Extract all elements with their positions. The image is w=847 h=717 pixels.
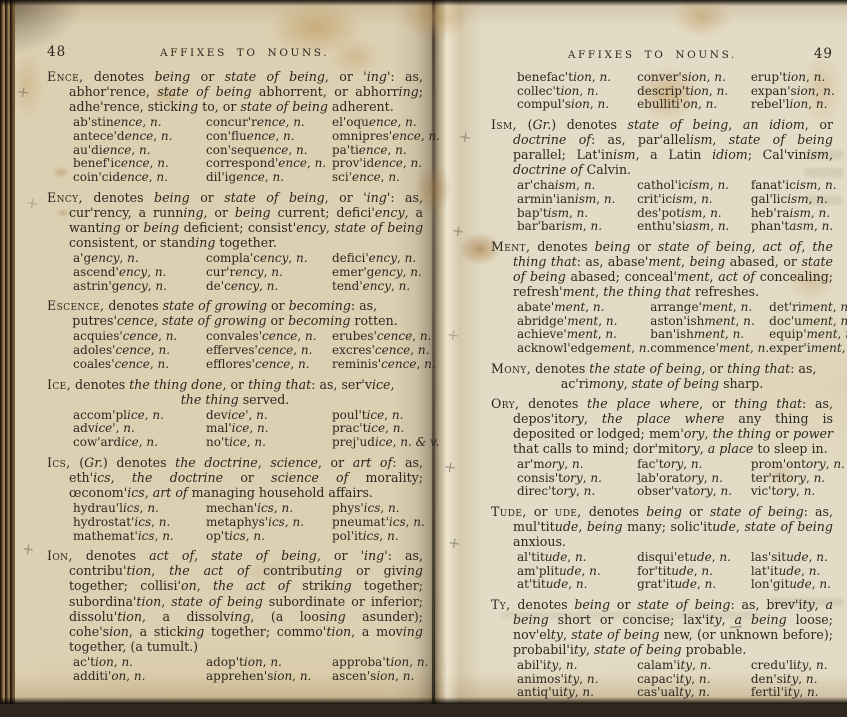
word-entry: abridge'ment, n. (517, 315, 650, 329)
word-entry: el'oquence, n. (332, 116, 440, 130)
left-page-number: 48 (47, 44, 66, 60)
word-entry: benef'icence, n. (73, 157, 206, 171)
word-entry: cow'ardice, n. (73, 436, 206, 450)
word-entry: at'titude, n. (517, 578, 637, 592)
word-entry: ab'stinence, n. (73, 116, 206, 130)
word-entry: prej'udice, n. & v. (332, 436, 439, 450)
word-column: credu'lity, n.den'sity, n.fertil'ity, n. (751, 659, 833, 700)
word-entry: ar'chaism, n. (517, 179, 637, 193)
suffix-head: Ism, (491, 117, 517, 132)
word-entry: disqui'etude, n. (637, 551, 751, 565)
word-entry: det'riment, n. (769, 301, 847, 315)
word-column: al'titude, n.am'plitude, n.at'titude, n. (517, 551, 637, 592)
word-entry: efferves'cence, n. (206, 344, 332, 358)
word-entry: ter'ritory, n. (751, 472, 845, 486)
word-entry: cathol'icism, n. (637, 179, 751, 193)
word-column: adop'tion, n.apprehen'sion, n. (206, 656, 332, 683)
word-entry: cur'rency, n. (206, 266, 332, 280)
word-entry: obser'vatory, n. (637, 485, 751, 499)
word-column: fac'tory, n.lab'oratory, n.obser'vatory,… (637, 458, 751, 499)
word-entry: am'plitude, n. (517, 565, 637, 579)
word-entry: prov'idence, n. (332, 157, 440, 171)
suffix-head: Ency, (47, 190, 83, 205)
section-ism: Ism, (Gr.) denotes state of being, an id… (491, 117, 833, 234)
word-entry: erup'tion, n. (751, 71, 835, 85)
word-entry: phan'tasm, n. (751, 220, 837, 234)
word-entry: prom'ontory, n. (751, 458, 845, 472)
word-column: el'oquence, n.omnipres'ence, n.pa'tience… (332, 116, 440, 185)
word-entry: pneumat'ics, n. (332, 516, 425, 530)
word-entry: excres'cence, n. (332, 344, 436, 358)
word-entry: conver'sion, n. (637, 71, 751, 85)
definition: Ory, denotes the place where, or thing t… (491, 396, 833, 456)
definition-text: denotes being or state of being, act of,… (513, 239, 833, 299)
pencil-plus-mark: + (25, 193, 40, 213)
word-column: concur'rence, n.con'fluence, n.con'seque… (206, 116, 332, 185)
page-edge-stack (0, 0, 15, 704)
definition: Ty, denotes being or state of being: as,… (491, 597, 833, 657)
left-running-head: 48 AFFIXES TO NOUNS. (47, 44, 423, 60)
word-entry: reminis'cence, n. (332, 358, 436, 372)
running-head-title: AFFIXES TO NOUNS. (491, 49, 814, 61)
word-entry: doc'ument, n. (769, 315, 847, 329)
word-column: conver'sion, n.descrip'tion, n.ebulliti'… (637, 71, 751, 112)
suffix-head: Tude, (491, 504, 527, 519)
word-list-ion-continued: benefac'tion, n.collec'tion, n.compul'si… (491, 71, 833, 112)
section-escence: Escence, denotes state of growing or bec… (47, 298, 423, 371)
section-mony: Mony, denotes the state of being, or thi… (491, 361, 833, 391)
word-entry: no'tice, n. (206, 436, 332, 450)
word-entry: phys'ics, n. (332, 502, 425, 516)
section-ice: Ice, denotes the thing done, or thing th… (47, 377, 423, 450)
word-entry: credu'lity, n. (751, 659, 833, 673)
definition-text: (Gr.) denotes state of being, an idiom, … (513, 117, 833, 177)
suffix-head: Escence, (47, 298, 104, 313)
word-column: accom'plice, n.advice', n.cow'ardice, n. (73, 409, 206, 450)
right-page: AFFIXES TO NOUNS. 49 benefac'tion, n.col… (491, 46, 833, 704)
word-entry: adoles'cence, n. (73, 344, 206, 358)
word-entry: apprehen'sion, n. (206, 670, 332, 684)
definition-text: denotes state of growing or becoming: as… (104, 298, 377, 313)
word-list: acquies'cence, n.adoles'cence, n.coales'… (47, 330, 423, 371)
word-entry: approba'tion, n. (332, 656, 428, 670)
word-entry: mechan'ics, n. (206, 502, 332, 516)
word-entry: mathemat'ics, n. (73, 530, 206, 544)
word-column: ar'mory, n.consis'tory, n.direc'tory, n. (517, 458, 637, 499)
word-column: cathol'icism, n.crit'icism, n.des'potism… (637, 179, 751, 234)
word-entry: arrange'ment, n. (650, 301, 769, 315)
word-entry: ascen'sion, n. (332, 670, 428, 684)
word-entry: crit'icism, n. (637, 193, 751, 207)
word-entry: prac'tice, n. (332, 422, 439, 436)
section-ment: Ment, denotes being or state of being, a… (491, 239, 833, 356)
suffix-head-connector: or (527, 504, 555, 519)
word-entry: ar'mory, n. (517, 458, 637, 472)
word-column: arrange'ment, n.aston'ishment, n.ban'ish… (650, 301, 769, 356)
word-entry: descrip'tion, n. (637, 85, 751, 99)
word-column: approba'tion, n.ascen'sion, n. (332, 656, 428, 683)
word-entry: efflores'cence, n. (206, 358, 332, 372)
word-entry: lab'oratory, n. (637, 472, 751, 486)
word-entry: ac'tion, n. (73, 656, 206, 670)
word-column: ab'stinence, n.antece'dence, n.au'dience… (73, 116, 206, 185)
pencil-plus-mark: + (458, 127, 473, 147)
word-column: defici'ency, n.emer'gency, n.tend'ency, … (332, 252, 423, 293)
word-entry: de'cency, n. (206, 280, 332, 294)
word-column: ar'chaism, n.armin'ianism, n.bap'tism, n… (517, 179, 637, 234)
suffix-head: Ence, (47, 69, 84, 84)
definition-centered-line: the thing served. (47, 392, 423, 407)
word-entry: metaphys'ics, n. (206, 516, 332, 530)
word-entry: armin'ianism, n. (517, 193, 637, 207)
word-column: det'riment, n.doc'ument, n.equip'ment, n… (769, 301, 847, 356)
word-entry: con'fluence, n. (206, 130, 332, 144)
word-entry: pa'tience, n. (332, 144, 440, 158)
definition-text: denotes being or state of being, or 'ing… (69, 190, 423, 250)
word-entry: gal'licism, n. (751, 193, 837, 207)
word-entry: exper'iment, n. (769, 342, 847, 356)
pencil-plus-mark: + (21, 539, 36, 559)
word-list: hydrau'lics, n.hydrostat'ics, n.mathemat… (47, 502, 423, 543)
word-entry: consis'tory, n. (517, 472, 637, 486)
word-column: disqui'etude, n.for'titude, n.grat'itude… (637, 551, 751, 592)
definition: Mony, denotes the state of being, or thi… (491, 361, 833, 376)
right-running-head: AFFIXES TO NOUNS. 49 (491, 46, 833, 62)
pencil-plus-mark: + (447, 533, 462, 553)
word-entry: op'tics, n. (206, 530, 332, 544)
word-entry: au'dience, n. (73, 144, 206, 158)
word-entry: pol'itics, n. (332, 530, 425, 544)
word-column: abil'ity, n.animos'ity, n.antiq'uity, n. (517, 659, 637, 700)
word-entry: ban'ishment, n. (650, 328, 769, 342)
suffix-head: Ment, (491, 239, 530, 254)
word-list: accom'plice, n.advice', n.cow'ardice, n.… (47, 409, 423, 450)
word-entry: acquies'cence, n. (73, 330, 206, 344)
word-column: device', n.mal'ice, n.no'tice, n. (206, 409, 332, 450)
word-entry: poul'tice, n. (332, 409, 439, 423)
word-entry: lon'gitude, n. (751, 578, 833, 592)
word-entry: additi'on, n. (73, 670, 206, 684)
word-column: abate'ment, n.abridge'ment, n.achieve'me… (517, 301, 650, 356)
definition-text: denotes being or state of being, or 'ing… (69, 69, 423, 114)
definition-centered-line: ac'rimony, state of being sharp. (491, 376, 833, 391)
word-entry: direc'tory, n. (517, 485, 637, 499)
word-column: poul'tice, n.prac'tice, n.prej'udice, n.… (332, 409, 439, 450)
word-column: benefac'tion, n.collec'tion, n.compul'si… (517, 71, 637, 112)
section-ence: Ence, denotes being or state of being, o… (47, 69, 423, 185)
word-entry: acknowl'edgement, n. (517, 342, 650, 356)
word-column: hydrau'lics, n.hydrostat'ics, n.mathemat… (73, 502, 206, 543)
pencil-plus-mark: + (443, 457, 458, 477)
section-ory: Ory, denotes the place where, or thing t… (491, 396, 833, 499)
suffix-head: Ty, (491, 597, 511, 612)
word-entry: enthu'siasm, n. (637, 220, 751, 234)
definition: Ics, (Gr.) denotes the doctrine, science… (47, 455, 423, 500)
suffix-head: Mony, (491, 361, 531, 376)
book-spread: 48 AFFIXES TO NOUNS. Ence, denotes being… (0, 0, 847, 704)
word-entry: bap'tism, n. (517, 207, 637, 221)
word-column: convales'cence, n.efferves'cence, n.effl… (206, 330, 332, 371)
word-entry: aston'ishment, n. (650, 315, 769, 329)
word-entry: den'sity, n. (751, 673, 833, 687)
definition-centered-line: putres'cence, state of growing or becomi… (47, 313, 423, 328)
word-entry: bar'barism, n. (517, 220, 637, 234)
suffix-head: Ion, (47, 548, 73, 563)
word-column: prom'ontory, n.ter'ritory, n.vic'tory, n… (751, 458, 845, 499)
word-entry: calam'ity, n. (637, 659, 751, 673)
suffix-head: Ics, (47, 455, 71, 470)
word-column: phys'ics, n.pneumat'ics, n.pol'itics, n. (332, 502, 425, 543)
word-column: acquies'cence, n.adoles'cence, n.coales'… (73, 330, 206, 371)
word-entry: equip'ment, n. (769, 328, 847, 342)
word-entry: collec'tion, n. (517, 85, 637, 99)
stain (10, 50, 44, 120)
section-ion: Ion, denotes act of, state of being, or … (47, 548, 423, 683)
word-entry: vic'tory, n. (751, 485, 845, 499)
word-entry: omnipres'ence, n. (332, 130, 440, 144)
word-entry: advice', n. (73, 422, 206, 436)
word-list: ar'mory, n.consis'tory, n.direc'tory, n.… (491, 458, 833, 499)
word-entry: defici'ency, n. (332, 252, 423, 266)
word-column: mechan'ics, n.metaphys'ics, n.op'tics, n… (206, 502, 332, 543)
page-edge-bottom (0, 697, 847, 704)
word-entry: sci'ence, n. (332, 171, 440, 185)
right-page-number: 49 (814, 46, 833, 62)
definition: Ion, denotes act of, state of being, or … (47, 548, 423, 654)
word-entry: ebulliti'on, n. (637, 98, 751, 112)
word-entry: fac'tory, n. (637, 458, 751, 472)
word-entry: erubes'cence, n. (332, 330, 436, 344)
pencil-plus-mark: + (451, 221, 466, 241)
word-list: abate'ment, n.abridge'ment, n.achieve'me… (491, 301, 833, 356)
definition: Escence, denotes state of growing or bec… (47, 298, 423, 313)
word-entry: fanat'icism, n. (751, 179, 837, 193)
word-column: compla'cency, n.cur'rency, n.de'cency, n… (206, 252, 332, 293)
stain (398, 0, 470, 40)
word-entry: convales'cence, n. (206, 330, 332, 344)
word-list: ar'chaism, n.armin'ianism, n.bap'tism, n… (491, 179, 833, 234)
pencil-plus-mark: + (16, 82, 31, 102)
definition-text: denotes the state of being, or thing tha… (531, 361, 816, 376)
word-entry: correspond'ence, n. (206, 157, 332, 171)
word-entry: accom'plice, n. (73, 409, 206, 423)
word-entry: mal'ice, n. (206, 422, 332, 436)
section-ency: Ency, denotes being or state of being, o… (47, 190, 423, 293)
word-list: a'gency, n.ascend'ency, n.astrin'gency, … (47, 252, 423, 293)
word-column: erup'tion, n.expan'sion, n.rebel'lion, n… (751, 71, 835, 112)
word-entry: coales'cence, n. (73, 358, 206, 372)
word-entry: adop'tion, n. (206, 656, 332, 670)
word-entry: tend'ency, n. (332, 280, 423, 294)
definition: Ice, denotes the thing done, or thing th… (47, 377, 423, 392)
word-entry: lat'itude, n. (751, 565, 833, 579)
definition-text: denotes act of, state of being, or 'ing'… (69, 548, 423, 654)
word-entry: capac'ity, n. (637, 673, 751, 687)
word-entry: commence'ment, n. (650, 342, 769, 356)
word-column: calam'ity, n.capac'ity, n.cas'ualty, n. (637, 659, 751, 700)
word-entry: las'situde, n. (751, 551, 833, 565)
word-list: al'titude, n.am'plitude, n.at'titude, n.… (491, 551, 833, 592)
section-tude: Tude, or ude, denotes being or state of … (491, 504, 833, 592)
word-entry: animos'ity, n. (517, 673, 637, 687)
running-head-title: AFFIXES TO NOUNS. (66, 47, 423, 59)
definition: Ment, denotes being or state of being, a… (491, 239, 833, 299)
word-entry: expan'sion, n. (751, 85, 835, 99)
word-entry: compla'cency, n. (206, 252, 332, 266)
word-entry: hydrau'lics, n. (73, 502, 206, 516)
word-entry: des'potism, n. (637, 207, 751, 221)
definition-text: (Gr.) denotes the doctrine, science, or … (69, 455, 423, 500)
word-column: ac'tion, n.additi'on, n. (73, 656, 206, 683)
word-list: ac'tion, n.additi'on, n.adop'tion, n.app… (47, 656, 423, 683)
word-entry: grat'itude, n. (637, 578, 751, 592)
suffix-head-alt: ude, (555, 504, 582, 519)
word-list: ab'stinence, n.antece'dence, n.au'dience… (47, 116, 423, 185)
section-ty: Ty, denotes being or state of being: as,… (491, 597, 833, 700)
word-entry: abil'ity, n. (517, 659, 637, 673)
word-entry: hydrostat'ics, n. (73, 516, 206, 530)
word-entry: dil'igence, n. (206, 171, 332, 185)
word-entry: emer'gency, n. (332, 266, 423, 280)
word-entry: astrin'gency, n. (73, 280, 206, 294)
word-entry: abate'ment, n. (517, 301, 650, 315)
suffix-head: Ory, (491, 396, 519, 411)
word-entry: rebel'lion, n. (751, 98, 835, 112)
word-entry: al'titude, n. (517, 551, 637, 565)
word-column: fanat'icism, n.gal'licism, n.heb'raism, … (751, 179, 837, 234)
word-entry: device', n. (206, 409, 332, 423)
definition-text: denotes the place where, or thing that: … (513, 396, 833, 456)
word-entry: coin'cidence, n. (73, 171, 206, 185)
section-ics: Ics, (Gr.) denotes the doctrine, science… (47, 455, 423, 543)
word-column: erubes'cence, n.excres'cence, n.reminis'… (332, 330, 436, 371)
pencil-plus-mark: + (446, 325, 461, 345)
page-edge-top (0, 0, 847, 6)
word-entry: for'titude, n. (637, 565, 751, 579)
word-entry: ascend'ency, n. (73, 266, 206, 280)
definition: Ency, denotes being or state of being, o… (47, 190, 423, 250)
word-column: a'gency, n.ascend'ency, n.astrin'gency, … (73, 252, 206, 293)
word-entry: achieve'ment, n. (517, 328, 650, 342)
suffix-head: Ice, (47, 377, 71, 392)
word-entry: heb'raism, n. (751, 207, 837, 221)
word-entry: concur'rence, n. (206, 116, 332, 130)
definition: Ism, (Gr.) denotes state of being, an id… (491, 117, 833, 177)
definition-text: denotes being or state of being: as, bre… (511, 597, 833, 657)
definition: Tude, or ude, denotes being or state of … (491, 504, 833, 549)
definition-text: denotes the thing done, or thing that: a… (71, 377, 394, 392)
word-entry: con'sequence, n. (206, 144, 332, 158)
definition: Ence, denotes being or state of being, o… (47, 69, 423, 114)
word-entry: antece'dence, n. (73, 130, 206, 144)
word-column: las'situde, n.lat'itude, n.lon'gitude, n… (751, 551, 833, 592)
word-entry: a'gency, n. (73, 252, 206, 266)
word-entry: benefac'tion, n. (517, 71, 637, 85)
word-entry: compul'sion, n. (517, 98, 637, 112)
left-page: 48 AFFIXES TO NOUNS. Ence, denotes being… (47, 44, 423, 684)
word-list: abil'ity, n.animos'ity, n.antiq'uity, n.… (491, 659, 833, 700)
